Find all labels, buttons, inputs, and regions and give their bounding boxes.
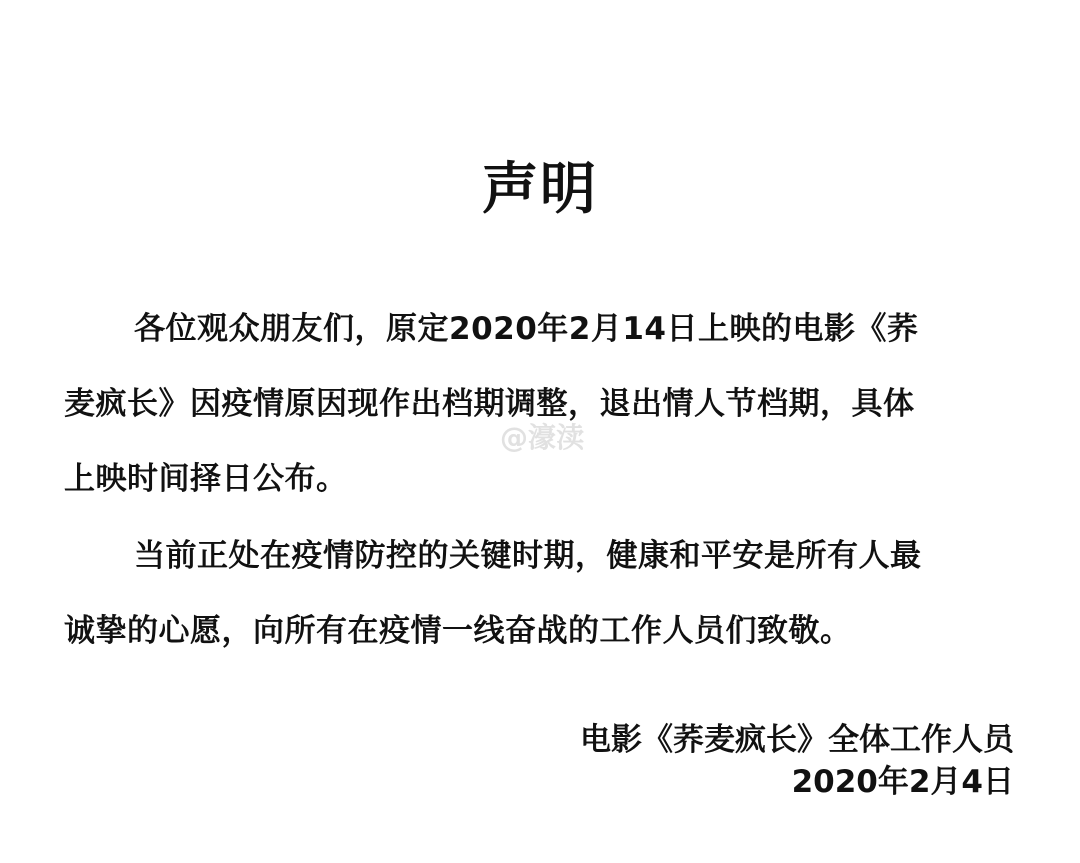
paragraph-line: 各位观众朋友们，原定2020年2月14日上映的电影《荞 [134, 309, 919, 349]
paragraph-line: 诚挚的心愿，向所有在疫情一线奋战的工作人员们致敬。 [64, 611, 852, 651]
paragraph-line: 上映时间择日公布。 [64, 459, 348, 499]
signature-organization: 电影《荞麦疯长》全体工作人员 [580, 720, 1014, 760]
document-title: 声明 [0, 155, 1080, 225]
watermark: @濠渎 [500, 416, 584, 456]
paragraph-line: 当前正处在疫情防控的关键时期，健康和平安是所有人最 [134, 536, 922, 576]
signature-date: 2020年2月4日 [792, 762, 1014, 802]
paragraph-line: 麦疯长》因疫情原因现作出档期调整，退出情人节档期，具体 [64, 384, 915, 424]
